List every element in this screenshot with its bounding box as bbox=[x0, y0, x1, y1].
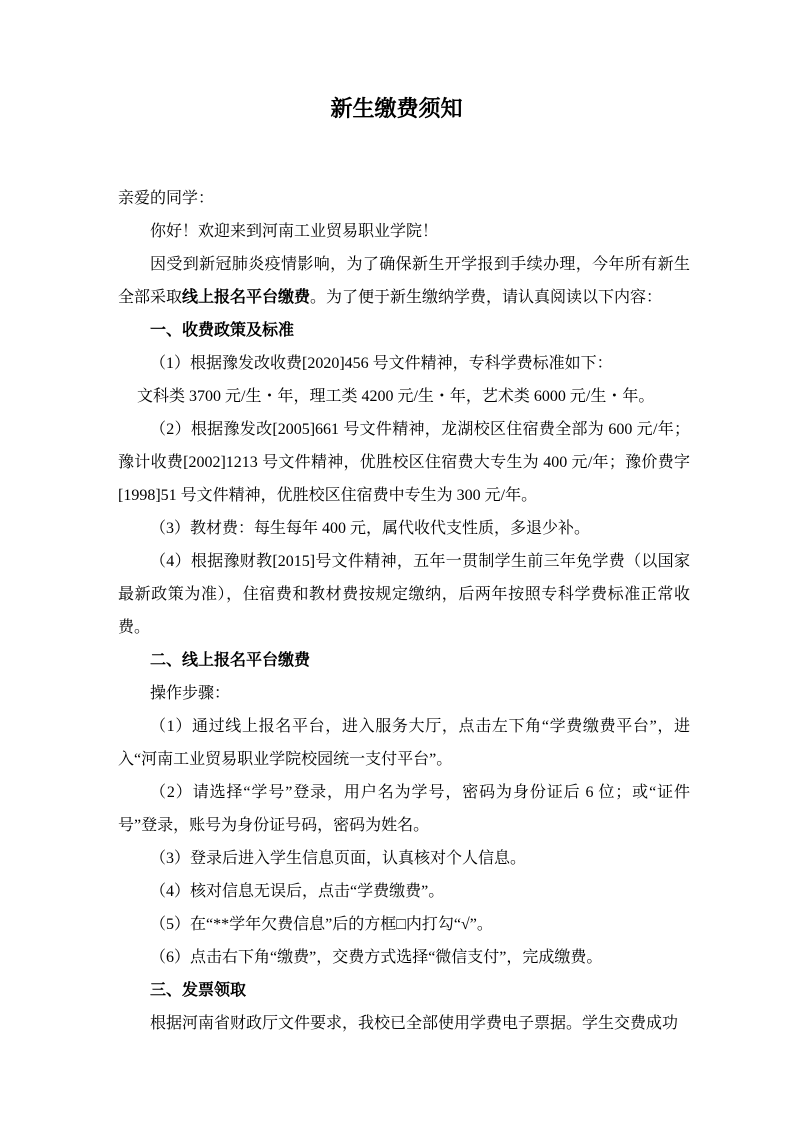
document-title: 新生缴费须知 bbox=[118, 94, 675, 124]
section-1-item-4: （4）根据豫财教[2015]号文件精神，五年一贯制学生前三年免学费（以国家最新政… bbox=[118, 545, 690, 644]
intro-text-post: 。为了便于新生缴纳学费，请认真阅读以下内容： bbox=[310, 289, 662, 306]
section-1-item-2: （2）根据豫发改[2005]661 号文件精神，龙湖校区住宿费全部为 600 元… bbox=[118, 413, 690, 512]
section-1-item-1-detail: 文科类 3700 元/生・年，理工类 4200 元/生・年，艺术类 6000 元… bbox=[118, 380, 690, 413]
paragraph-greeting: 你好！欢迎来到河南工业贸易职业学院！ bbox=[118, 215, 690, 248]
section-3-body: 根据河南省财政厅文件要求，我校已全部使用学费电子票据。学生交费成功 bbox=[118, 1007, 690, 1040]
paragraph-intro: 因受到新冠肺炎疫情影响，为了确保新生开学报到手续办理，今年所有新生全部采取线上报… bbox=[118, 248, 690, 314]
section-2-step-1: （1）通过线上报名平台，进入服务大厅，点击左下角“学费缴费平台”，进入“河南工业… bbox=[118, 710, 690, 776]
intro-text-bold: 线上报名平台缴费 bbox=[182, 289, 310, 306]
section-2-step-6: （6）点击右下角“缴费”，交费方式选择“微信支付”，完成缴费。 bbox=[118, 941, 690, 974]
section-1-heading: 一、收费政策及标准 bbox=[118, 314, 690, 347]
paragraph-salutation: 亲爱的同学： bbox=[118, 182, 690, 215]
section-2-step-2: （2）请选择“学号”登录，用户名为学号，密码为身份证后 6 位；或“证件号”登录… bbox=[118, 776, 690, 842]
section-1-item-3: （3）教材费：每生每年 400 元，属代收代支性质，多退少补。 bbox=[118, 512, 690, 545]
section-2-steps-label: 操作步骤： bbox=[118, 677, 690, 710]
section-2-step-3: （3）登录后进入学生信息页面，认真核对个人信息。 bbox=[118, 842, 690, 875]
section-2-heading: 二、线上报名平台缴费 bbox=[118, 644, 690, 677]
document-page: 新生缴费须知 亲爱的同学： 你好！欢迎来到河南工业贸易职业学院！ 因受到新冠肺炎… bbox=[0, 0, 793, 1122]
section-3-heading: 三、发票领取 bbox=[118, 974, 690, 1007]
section-1-item-1: （1）根据豫发改收费[2020]456 号文件精神，专科学费标准如下： bbox=[118, 347, 690, 380]
section-2-step-5: （5）在“**学年欠费信息”后的方框□内打勾“√”。 bbox=[118, 908, 690, 941]
section-2-step-4: （4）核对信息无误后，点击“学费缴费”。 bbox=[118, 875, 690, 908]
